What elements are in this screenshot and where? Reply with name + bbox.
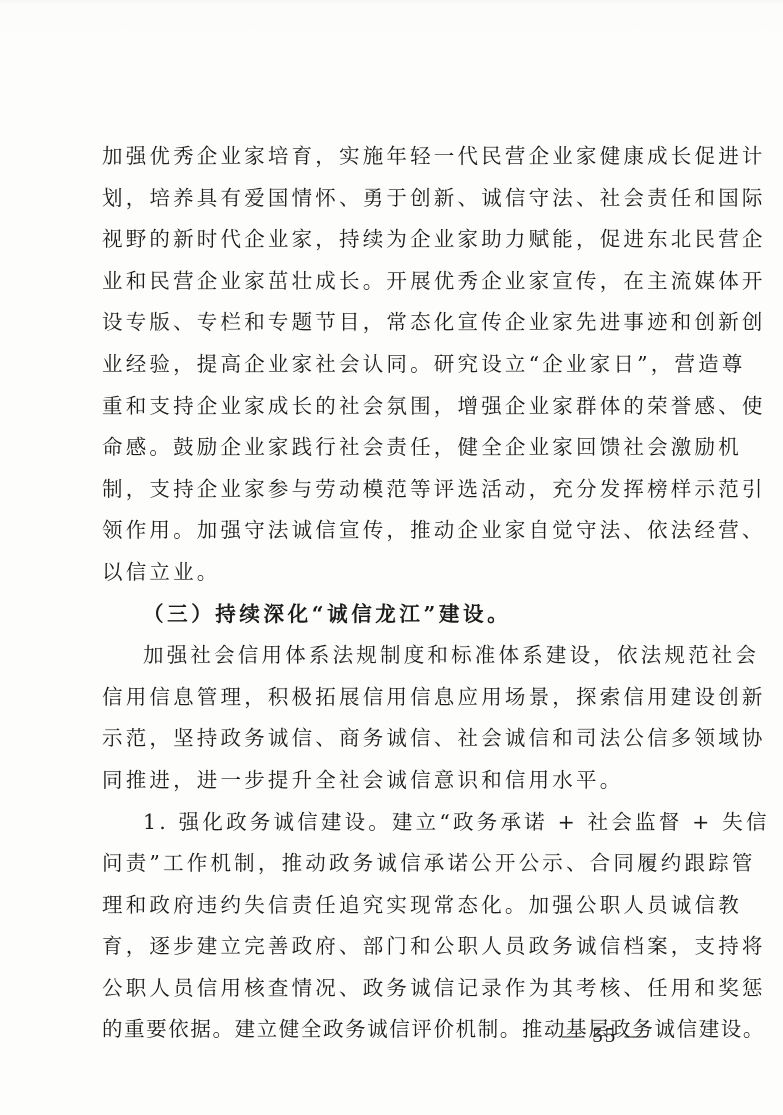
section-heading-integrity-longjiang: （三）持续深化“诚信龙江”建设。 xyxy=(102,594,682,636)
text-line: 领作用。加强守法诚信宣传，推动企业家自觉守法、依法经营、 xyxy=(102,510,682,552)
text-line: 以信立业。 xyxy=(102,552,682,594)
page-number: — 55 — xyxy=(562,1023,648,1048)
text-line: 理和政府违约失信责任追究实现常态化。加强公职人员诚信教 xyxy=(102,885,682,927)
document-page: 加强优秀企业家培育，实施年轻一代民营企业家健康成长促进计 划，培养具有爱国情怀、… xyxy=(0,0,783,1115)
section-heading: （三）持续深化“诚信龙江”建设。 xyxy=(102,594,682,636)
text-line: 公职人员信用核查情况、政务诚信记录作为其考核、任用和奖惩 xyxy=(102,968,682,1010)
text-line: 示范，坚持政务诚信、商务诚信、社会诚信和司法公信多领域协 xyxy=(102,718,682,760)
text-line: 视野的新时代企业家，持续为企业家助力赋能，促进东北民营企 xyxy=(102,219,682,261)
text-line: 设专版、专栏和专题节目，常态化宣传企业家先进事迹和创新创 xyxy=(102,302,682,344)
text-line: 业经验，提高企业家社会认同。研究设立“企业家日”，营造尊 xyxy=(102,344,682,386)
paragraph-social-credit-system: 加强社会信用体系法规制度和标准体系建设，依法规范社会 信用信息管理，积极拓展信用… xyxy=(102,635,682,801)
text-line: 命感。鼓励企业家践行社会责任，健全企业家回馈社会激励机 xyxy=(102,427,682,469)
text-line: 1. 强化政务诚信建设。建立“政务承诺 + 社会监督 + 失信 xyxy=(102,802,682,844)
text-line: 问责”工作机制，推动政务诚信承诺公开公示、合同履约跟踪管 xyxy=(102,843,682,885)
text-line: 信用信息管理，积极拓展信用信息应用场景，探索信用建设创新 xyxy=(102,677,682,719)
text-line: 制，支持企业家参与劳动模范等评选活动，充分发挥榜样示范引 xyxy=(102,469,682,511)
paragraph-entrepreneur-cultivation: 加强优秀企业家培育，实施年轻一代民营企业家健康成长促进计 划，培养具有爱国情怀、… xyxy=(102,136,682,594)
text-line: 业和民营企业家茁壮成长。开展优秀企业家宣传，在主流媒体开 xyxy=(102,261,682,303)
paragraph-government-integrity: 1. 强化政务诚信建设。建立“政务承诺 + 社会监督 + 失信 问责”工作机制，… xyxy=(102,802,682,1052)
text-line: 加强社会信用体系法规制度和标准体系建设，依法规范社会 xyxy=(102,635,682,677)
text-line: 育，逐步建立完善政府、部门和公职人员政务诚信档案，支持将 xyxy=(102,926,682,968)
text-line: 重和支持企业家成长的社会氛围，增强企业家群体的荣誉感、使 xyxy=(102,386,682,428)
text-line: 划，培养具有爱国情怀、勇于创新、诚信守法、社会责任和国际 xyxy=(102,178,682,220)
document-body: 加强优秀企业家培育，实施年轻一代民营企业家健康成长促进计 划，培养具有爱国情怀、… xyxy=(102,136,682,1051)
text-line: 加强优秀企业家培育，实施年轻一代民营企业家健康成长促进计 xyxy=(102,136,682,178)
text-line: 同推进，进一步提升全社会诚信意识和信用水平。 xyxy=(102,760,682,802)
